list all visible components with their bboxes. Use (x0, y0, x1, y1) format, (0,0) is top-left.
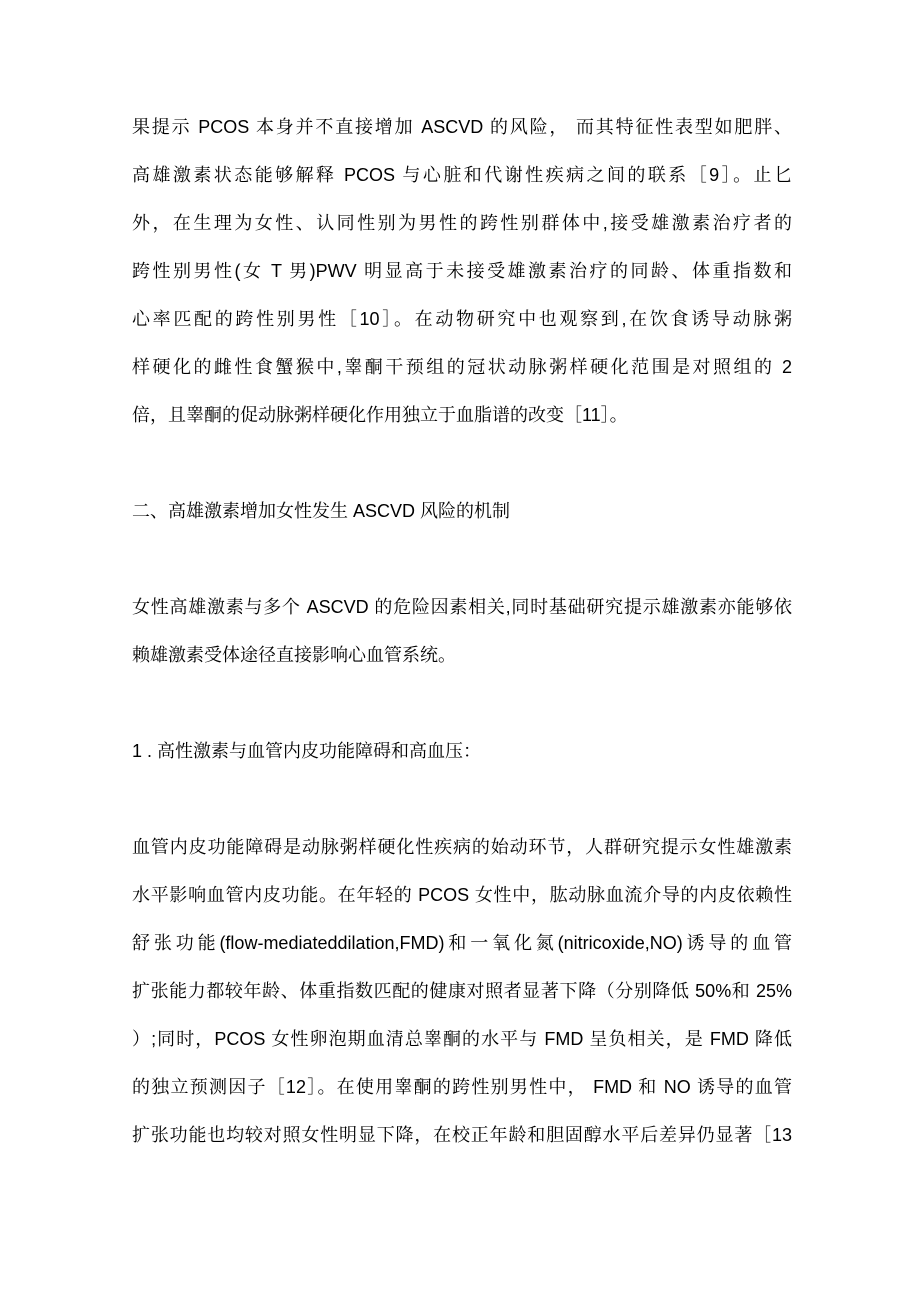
text-line: 果提示 PCOS 本身并不直接增加 ASCVD 的风险， 而其特征性表型如肥胖、 (132, 103, 792, 151)
text-line: 样硬化的雌性食蟹猴中,睾酮干预组的冠状动脉粥样硬化范围是对照组的 2 (132, 343, 792, 391)
text-line: 舒张功能(flow-mediateddilation,FMD)和一氧化氮(nit… (132, 919, 792, 967)
paragraph-mechanism-intro: 女性高雄激素与多个 ASCVD 的危险因素相关,同时基础研究提示雄激素亦能够依赖… (132, 583, 792, 679)
text-line: 水平影响血管内皮功能。在年轻的 PCOS 女性中，肱动脉血流介导的内皮依赖性 (132, 871, 792, 919)
document-content: 果提示 PCOS 本身并不直接增加 ASCVD 的风险， 而其特征性表型如肥胖、… (132, 103, 792, 1159)
text-line: 心率匹配的跨性别男性［10］。在动物研究中也观察到,在饮食诱导动脉粥 (132, 295, 792, 343)
text-line: 高雄激素状态能够解释 PCOS 与心脏和代谢性疾病之间的联系［9］。止匕 (132, 151, 792, 199)
text-line: 扩张功能也均较对照女性明显下降，在校正年龄和胆固醇水平后差异仍显著［13 (132, 1111, 792, 1159)
text-line: 赖雄激素受体途径直接影响心血管系统。 (132, 631, 792, 679)
subsection-heading-2-1: 1 . 高性激素与血管内皮功能障碍和高血压： (132, 727, 792, 775)
text-line: ）;同时，PCOS 女性卵泡期血清总睾酮的水平与 FMD 呈负相关，是 FMD … (132, 1015, 792, 1063)
section-heading-2: 二、高雄激素增加女性发生 ASCVD 风险的机制 (132, 487, 792, 535)
document-page: 果提示 PCOS 本身并不直接增加 ASCVD 的风险， 而其特征性表型如肥胖、… (0, 0, 920, 1301)
text-line: 外，在生理为女性、认同性别为男性的跨性别群体中,接受雄激素治疗者的 (132, 199, 792, 247)
paragraph-pcos-ascvd-evidence: 果提示 PCOS 本身并不直接增加 ASCVD 的风险， 而其特征性表型如肥胖、… (132, 103, 792, 439)
text-line: 血管内皮功能障碍是动脉粥样硬化性疾病的始动环节，人群研究提示女性雄激素 (132, 823, 792, 871)
text-line: 扩张能力都较年龄、体重指数匹配的健康对照者显著下降（分别降低 50%和 25% (132, 967, 792, 1015)
text-line: 女性高雄激素与多个 ASCVD 的危险因素相关,同时基础研究提示雄激素亦能够依 (132, 583, 792, 631)
text-line: 跨性别男性(女 T 男)PWV 明显高于未接受雄激素治疗的同龄、体重指数和 (132, 247, 792, 295)
text-line: 的独立预测因子［12］。在使用睾酮的跨性别男性中， FMD 和 NO 诱导的血管 (132, 1063, 792, 1111)
text-line: 倍，且睾酮的促动脉粥样硬化作用独立于血脂谱的改变［11］。 (132, 391, 792, 439)
paragraph-endothelial-function: 血管内皮功能障碍是动脉粥样硬化性疾病的始动环节，人群研究提示女性雄激素水平影响血… (132, 823, 792, 1159)
